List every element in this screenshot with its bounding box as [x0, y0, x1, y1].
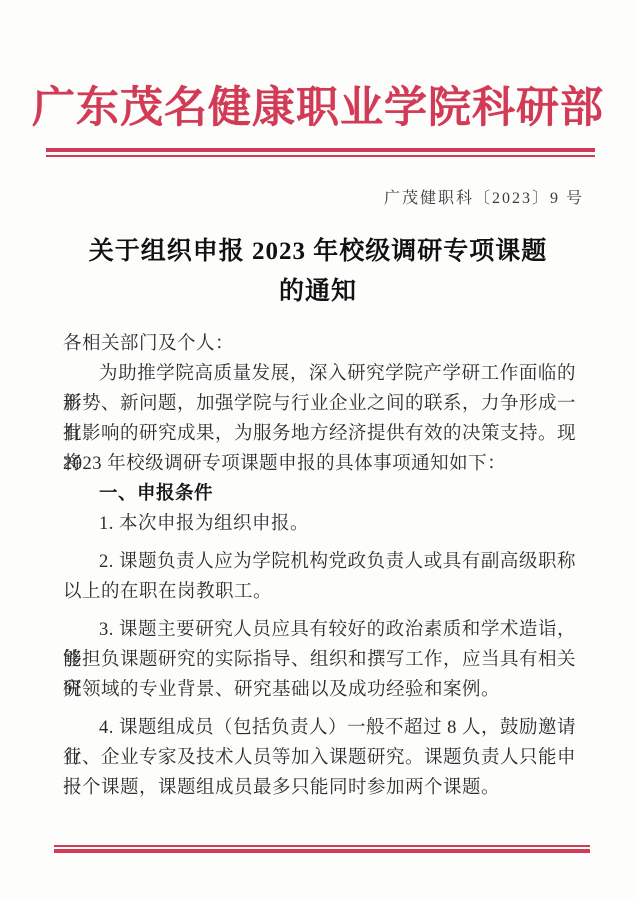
body-line: 有影响的研究成果，为服务地方经济提供有效的决策支持。现将	[63, 419, 576, 449]
notice-title-line2: 的通知	[279, 278, 357, 305]
notice-title: 关于组织申报 2023 年校级调研专项课题 的通知	[30, 232, 606, 312]
body-line: 形势、新问题，加强学院与行业企业之间的联系，力争形成一批	[63, 389, 576, 419]
footer-divider-thin-line	[54, 845, 590, 847]
footer-divider-thick-line	[54, 849, 590, 853]
body-line: 以上的在职在岗教职工。	[63, 577, 576, 607]
body-line: 一个课题，课题组成员最多只能同时参加两个课题。	[63, 773, 576, 803]
body-line: 1. 本次申报为组织申报。	[63, 509, 576, 539]
document-number: 广茂健职科〔2023〕9 号	[0, 185, 636, 208]
body-line: 究领域的专业背景、研究基础以及成功经验和案例。	[63, 675, 576, 705]
letterhead-divider-thin-line	[46, 155, 595, 157]
body-line: 够担负课题研究的实际指导、组织和撰写工作，应当具有相关研	[63, 645, 576, 675]
footer-divider	[54, 845, 590, 853]
notice-body: 各相关部门及个人：为助推学院高质量发展，深入研究学院产学研工作面临的新形势、新问…	[63, 329, 576, 803]
letterhead-org-name: 广东茂名健康职业学院科研部	[0, 0, 636, 134]
body-line: 2. 课题负责人应为学院机构党政负责人或具有副高级职称	[63, 547, 576, 577]
body-line: 为助推学院高质量发展，深入研究学院产学研工作面临的新	[63, 359, 576, 389]
body-line: 4. 课题组成员（包括负责人）一般不超过 8 人，鼓励邀请行	[63, 713, 576, 743]
body-line: 各相关部门及个人：	[63, 329, 576, 359]
letterhead-divider-thick-line	[46, 148, 595, 152]
body-line: 3. 课题主要研究人员应具有较好的政治素质和学术造诣，能	[63, 615, 576, 645]
body-line: 2023 年校级调研专项课题申报的具体事项通知如下：	[63, 449, 576, 479]
body-line: 一、申报条件	[63, 479, 576, 509]
letterhead-divider	[46, 148, 595, 157]
document-page: 广东茂名健康职业学院科研部 广茂健职科〔2023〕9 号 关于组织申报 2023…	[0, 0, 636, 900]
notice-title-line1: 关于组织申报 2023 年校级调研专项课题	[89, 238, 548, 265]
body-line: 业、企业专家及技术人员等加入课题研究。课题负责人只能申报	[63, 743, 576, 773]
